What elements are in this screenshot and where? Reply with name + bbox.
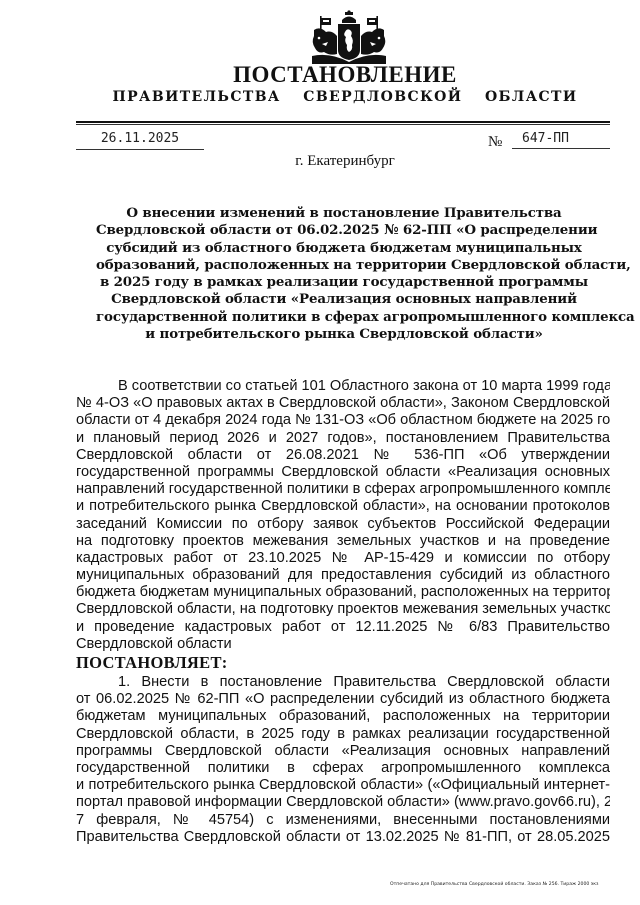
document-number: 647-ПП xyxy=(512,129,610,149)
text-line: портал правовой информации Свердловской … xyxy=(76,794,610,811)
text-line: Правительства Свердловской области от 13… xyxy=(76,829,610,846)
item-1-paragraph: 1. Внести в постановление Правительства … xyxy=(76,674,610,846)
text-line: и плановый период 2026 и 2027 годов», по… xyxy=(76,430,610,447)
title-line: и потребительского рынка Свердловской об… xyxy=(96,326,592,343)
issuing-authority: ПРАВИТЕЛЬСТВА СВЕРДЛОВСКОЙ ОБЛАСТИ xyxy=(0,88,640,106)
text-line: муниципальных образований для предоставл… xyxy=(76,567,610,584)
text-line: Свердловской области xyxy=(76,636,610,653)
text-line: программы Свердловской области «Реализац… xyxy=(76,743,610,760)
title-line: субсидий из областного бюджета бюджетам … xyxy=(96,240,592,257)
title-line: Свердловской области «Реализация основны… xyxy=(96,291,592,308)
document-date: 26.11.2025 xyxy=(76,129,204,150)
text-line: бюджетам муниципальных образований, расп… xyxy=(76,708,610,725)
header-rule-thin xyxy=(76,124,610,125)
text-line: направлений государственной политики в с… xyxy=(76,481,610,498)
text-line: Свердловской области, на подготовку прое… xyxy=(76,601,610,618)
text-line: от 06.02.2025 № 62-ПП «О распределении с… xyxy=(76,691,610,708)
text-line: области от 4 декабря 2024 года № 131-ОЗ … xyxy=(76,412,610,429)
city-of-issue: г. Екатеринбург xyxy=(0,152,640,170)
text-line: государственной политики в сферах агропр… xyxy=(76,760,610,777)
text-line: Свердловской области, в 2025 году в рамк… xyxy=(76,726,610,743)
title-line: образований, расположенных на территории… xyxy=(96,257,592,274)
text-line: государственной программы Свердловской о… xyxy=(76,464,610,481)
text-line: Свердловской области от 26.08.2021 № 536… xyxy=(76,447,610,464)
text-line: 1. Внести в постановление Правительства … xyxy=(76,674,610,691)
document-title: О внесении изменений в постановление Пра… xyxy=(96,205,592,343)
number-sign-label: № xyxy=(488,133,502,151)
text-line: и потребительского рынка Свердловской об… xyxy=(76,777,610,794)
document-type-heading: ПОСТАНОВЛЕНИЕ xyxy=(0,62,640,88)
header-rule-thick xyxy=(76,121,610,123)
decree-keyword: ПОСТАНОВЛЯЕТ: xyxy=(76,654,228,672)
coat-of-arms-icon xyxy=(310,10,388,64)
text-line: и потребительского рынка Свердловской об… xyxy=(76,498,610,515)
text-line: 7 февраля, № 45754) с изменениями, внесе… xyxy=(76,812,610,829)
title-line: в 2025 году в рамках реализации государс… xyxy=(96,274,592,291)
print-imprint-note: Отпечатано для Правительства Свердловско… xyxy=(390,882,599,888)
text-line: В соответствии со статьей 101 Областного… xyxy=(76,378,610,395)
text-line: кадастровых работ от 23.10.2025 № АР-15-… xyxy=(76,550,610,567)
text-line: и проведение кадастровых работ от 12.11.… xyxy=(76,619,610,636)
preamble-paragraph: В соответствии со статьей 101 Областного… xyxy=(76,378,610,653)
text-line: заседаний Комиссии по отбору заявок субъ… xyxy=(76,516,610,533)
document-page: ПОСТАНОВЛЕНИЕ ПРАВИТЕЛЬСТВА СВЕРДЛОВСКОЙ… xyxy=(0,0,640,905)
title-line: государственной политики в сферах агропр… xyxy=(96,309,592,326)
text-line: № 4-ОЗ «О правовых актах в Свердловской … xyxy=(76,395,610,412)
title-line: О внесении изменений в постановление Пра… xyxy=(96,205,592,222)
text-line: бюджета бюджетам муниципальных образован… xyxy=(76,584,610,601)
text-line: на подготовку проектов межевания земельн… xyxy=(76,533,610,550)
title-line: Свердловской области от 06.02.2025 № 62-… xyxy=(96,222,592,239)
